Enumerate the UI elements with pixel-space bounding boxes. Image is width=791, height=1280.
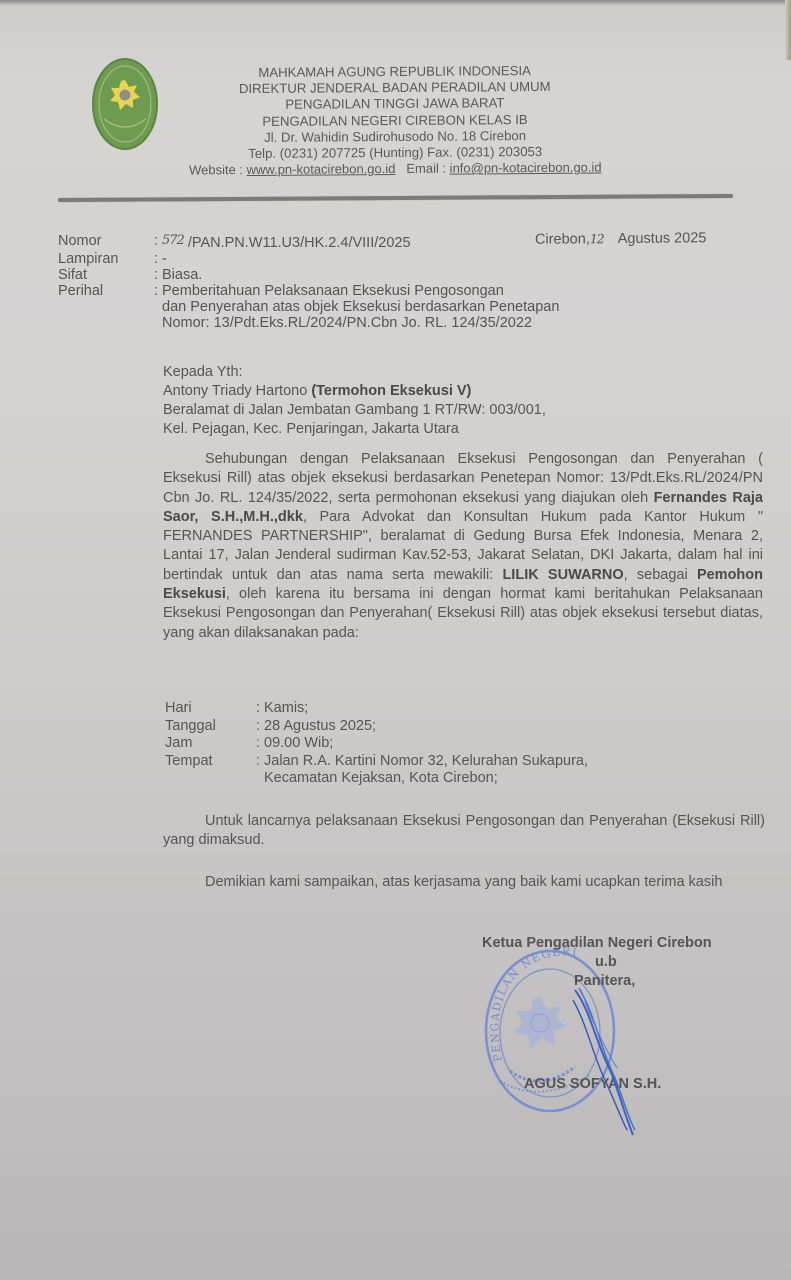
colon: : xyxy=(154,267,162,283)
schedule-label: Jam xyxy=(165,735,256,753)
nomor-handwritten: 572 xyxy=(162,233,184,248)
schedule-value: 28 Agustus 2025; xyxy=(264,718,376,736)
perihal-label: Perihal xyxy=(58,283,154,331)
perihal-line: Pemberitahuan Pelaksanaan Eksekusi Pengo… xyxy=(162,283,559,299)
paragraph-text: , sebagai xyxy=(624,567,697,583)
sifat-label: Sifat xyxy=(58,267,154,283)
letterhead: MAHKAMAH AGUNG REPUBLIK INDONESIA DIREKT… xyxy=(150,62,641,179)
colon: : xyxy=(154,233,162,251)
nomor-text: /PAN.PN.W11.U3/HK.2.4/VIII/2025 xyxy=(188,235,411,251)
colon: : xyxy=(154,251,162,267)
recipient-address: Kel. Pejagan, Kec. Penjaringan, Jakarta … xyxy=(163,420,546,439)
meta-nomor: Nomor : 572/PAN.PN.W11.U3/HK.2.4/VIII/20… xyxy=(58,233,559,251)
paragraph-text: Untuk lancarnya pelaksanaan Eksekusi Pen… xyxy=(163,813,765,848)
date-place: Cirebon, xyxy=(535,231,590,247)
date-day-handwritten: 12 xyxy=(590,231,604,246)
signature-block: PENGADILAN NEGERI Ketua Pengadilan Neger… xyxy=(470,935,770,1135)
letterhead-divider xyxy=(58,194,733,202)
paragraph-text: , oleh karena itu bersama ini dengan hor… xyxy=(163,586,763,641)
colon: : xyxy=(256,735,264,753)
handwritten-signature-icon xyxy=(565,980,645,1140)
schedule-jam: Jam : 09.00 Wib; xyxy=(165,735,588,753)
recipient-block: Kepada Yth: Antony Triady Hartono (Termo… xyxy=(163,363,546,439)
contact-line: Website : www.pn-kotacirebon.go.id Email… xyxy=(150,160,640,180)
schedule-label: Tanggal xyxy=(165,718,256,736)
website-label: Website : xyxy=(189,162,247,177)
schedule-label: Hari xyxy=(165,700,256,718)
email-label: Email : xyxy=(406,161,449,176)
sifat-value: Biasa. xyxy=(162,267,202,283)
schedule-value: Jalan R.A. Kartini Nomor 32, Kelurahan S… xyxy=(264,753,588,788)
petitioner-name: LILIK SUWARNO xyxy=(502,567,623,583)
closing-paragraph: Demikian kami sampaikan, atas kerjasama … xyxy=(163,873,765,892)
photo-top-edge xyxy=(0,0,791,6)
nomor-value: 572/PAN.PN.W11.U3/HK.2.4/VIII/2025 xyxy=(162,233,411,251)
schedule-tempat: Tempat : Jalan R.A. Kartini Nomor 32, Ke… xyxy=(165,753,588,788)
meta-lampiran: Lampiran : - xyxy=(58,251,559,267)
schedule-tanggal: Tanggal : 28 Agustus 2025; xyxy=(165,718,588,736)
colon: : xyxy=(154,283,162,331)
perihal-line: Nomor: 13/Pdt.Eks.RL/2024/PN.Cbn Jo. RL.… xyxy=(162,315,559,331)
meta-perihal: Perihal : Pemberitahuan Pelaksanaan Ekse… xyxy=(58,283,559,331)
schedule-hari: Hari : Kamis; xyxy=(165,700,588,718)
body-paragraph: Sehubungan dengan Pelaksanaan Eksekusi P… xyxy=(163,450,763,643)
colon: : xyxy=(256,718,264,736)
body-paragraph: Untuk lancarnya pelaksanaan Eksekusi Pen… xyxy=(163,812,765,851)
website-link[interactable]: www.pn-kotacirebon.go.id xyxy=(247,161,396,177)
schedule-value: Kamis; xyxy=(264,700,308,718)
signatory-ub: u.b xyxy=(595,954,617,970)
recipient-name: Antony Triady Hartono xyxy=(163,383,311,399)
meta-sifat: Sifat : Biasa. xyxy=(58,267,559,283)
email-link[interactable]: info@pn-kotacirebon.go.id xyxy=(450,160,602,176)
lampiran-label: Lampiran xyxy=(58,251,154,267)
tempat-line: Kecamatan Kejaksan, Kota Cirebon; xyxy=(264,770,588,788)
colon: : xyxy=(256,753,264,788)
lampiran-value: - xyxy=(162,251,167,267)
recipient-role: (Termohon Eksekusi V) xyxy=(311,383,471,399)
recipient-greeting: Kepada Yth: xyxy=(163,363,546,382)
schedule-value: 09.00 Wib; xyxy=(264,735,333,753)
colon: : xyxy=(256,700,264,718)
execution-schedule: Hari : Kamis; Tanggal : 28 Agustus 2025;… xyxy=(165,700,588,788)
perihal-value: Pemberitahuan Pelaksanaan Eksekusi Pengo… xyxy=(162,283,559,331)
photo-right-edge xyxy=(785,0,791,60)
nomor-label: Nomor xyxy=(58,233,154,251)
tempat-line: Jalan R.A. Kartini Nomor 32, Kelurahan S… xyxy=(264,753,588,771)
schedule-label: Tempat xyxy=(165,753,256,788)
letter-meta: Nomor : 572/PAN.PN.W11.U3/HK.2.4/VIII/20… xyxy=(58,233,559,331)
recipient-address: Beralamat di Jalan Jembatan Gambang 1 RT… xyxy=(163,401,546,420)
date-month-year: Agustus 2025 xyxy=(618,230,707,247)
recipient-name-line: Antony Triady Hartono (Termohon Eksekusi… xyxy=(163,382,546,401)
paragraph-text: Demikian kami sampaikan, atas kerjasama … xyxy=(205,874,722,890)
signatory-title: Ketua Pengadilan Negeri Cirebon xyxy=(482,935,712,951)
perihal-line: dan Penyerahan atas objek Eksekusi berda… xyxy=(162,299,559,315)
letter-date: Cirebon,12Agustus 2025 xyxy=(535,230,707,247)
